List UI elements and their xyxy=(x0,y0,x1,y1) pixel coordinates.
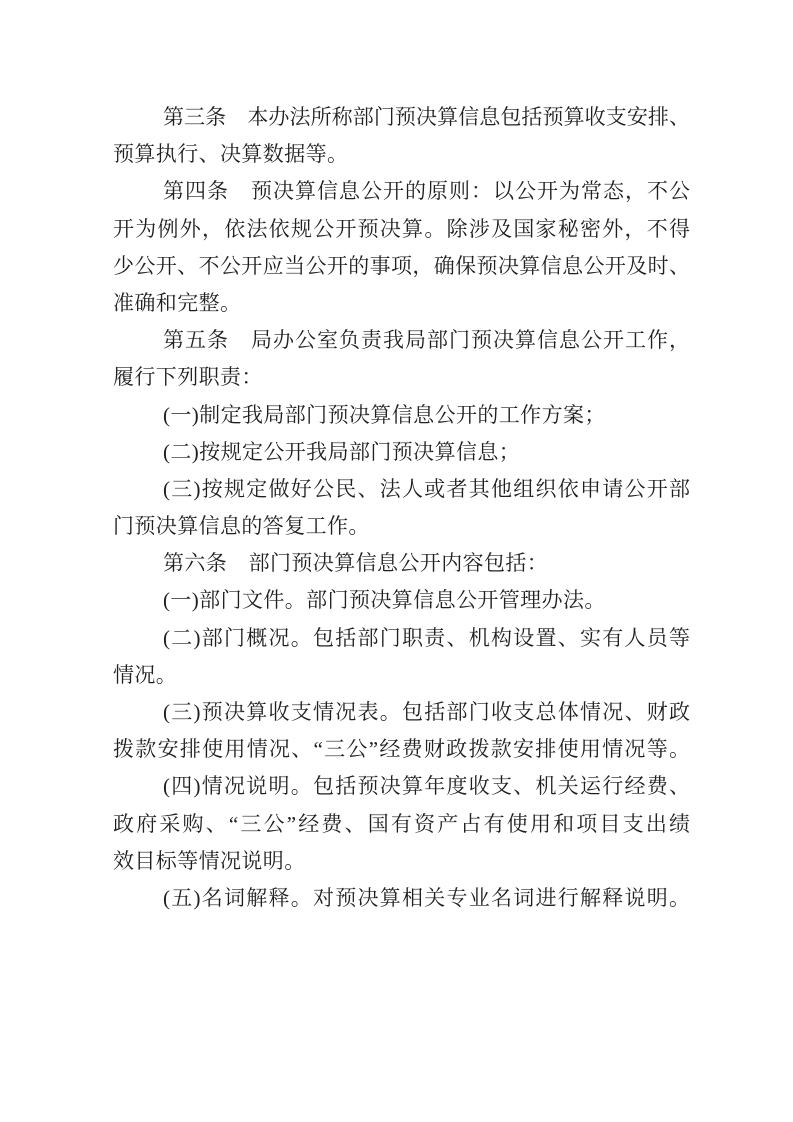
document-body: 第三条 本办法所称部门预决算信息包括预算收支安排、 预算执行、决算数据等。 第四… xyxy=(113,99,690,917)
document-page: 第三条 本办法所称部门预决算信息包括预算收支安排、 预算执行、决算数据等。 第四… xyxy=(0,0,793,1122)
text-line: 准确和完整。 xyxy=(113,285,690,322)
text-line: 第六条 部门预决算信息公开内容包括： xyxy=(113,545,690,582)
text-line: 政府采购、“三公”经费、国有资产占有使用和项目支出绩 xyxy=(113,806,690,843)
text-line: 效目标等情况说明。 xyxy=(113,843,690,880)
text-line: 第五条 局办公室负责我局部门预决算信息公开工作， xyxy=(113,322,690,359)
article-5-item-1-paragraph: (一)制定我局部门预决算信息公开的工作方案； xyxy=(113,397,690,434)
text-line: 开为例外，依法依规公开预决算。除涉及国家秘密外，不得 xyxy=(113,211,690,248)
text-line: 门预决算信息的答复工作。 xyxy=(113,508,690,545)
article-6-item-5-paragraph: (五)名词解释。对预决算相关专业名词进行解释说明。 xyxy=(113,880,690,917)
article-4-paragraph: 第四条 预决算信息公开的原则：以公开为常态，不公 开为例外，依法依规公开预决算。… xyxy=(113,173,690,322)
article-6-item-4-paragraph: (四)情况说明。包括预决算年度收支、机关运行经费、 政府采购、“三公”经费、国有… xyxy=(113,768,690,880)
text-line: 少公开、不公开应当公开的事项，确保预决算信息公开及时、 xyxy=(113,248,690,285)
text-line: (二)部门概况。包括部门职责、机构设置、实有人员等 xyxy=(113,620,690,657)
article-6-item-2-paragraph: (二)部门概况。包括部门职责、机构设置、实有人员等 情况。 xyxy=(113,620,690,694)
text-line: 拨款安排使用情况、“三公”经费财政拨款安排使用情况等。 xyxy=(113,731,690,768)
article-6-item-3-paragraph: (三)预决算收支情况表。包括部门收支总体情况、财政 拨款安排使用情况、“三公”经… xyxy=(113,694,690,768)
text-line: 第四条 预决算信息公开的原则：以公开为常态，不公 xyxy=(113,173,690,210)
text-line: 预算执行、决算数据等。 xyxy=(113,136,690,173)
article-5-paragraph: 第五条 局办公室负责我局部门预决算信息公开工作， 履行下列职责： xyxy=(113,322,690,396)
article-6-paragraph: 第六条 部门预决算信息公开内容包括： xyxy=(113,545,690,582)
text-line: (一)部门文件。部门预决算信息公开管理办法。 xyxy=(113,582,690,619)
text-line: (三)按规定做好公民、法人或者其他组织依申请公开部 xyxy=(113,471,690,508)
text-line: (四)情况说明。包括预决算年度收支、机关运行经费、 xyxy=(113,768,690,805)
article-5-item-3-paragraph: (三)按规定做好公民、法人或者其他组织依申请公开部 门预决算信息的答复工作。 xyxy=(113,471,690,545)
text-line: (一)制定我局部门预决算信息公开的工作方案； xyxy=(113,397,690,434)
text-line: 情况。 xyxy=(113,657,690,694)
text-line: 第三条 本办法所称部门预决算信息包括预算收支安排、 xyxy=(113,99,690,136)
text-line: (二)按规定公开我局部门预决算信息； xyxy=(113,434,690,471)
article-5-item-2-paragraph: (二)按规定公开我局部门预决算信息； xyxy=(113,434,690,471)
text-line: 履行下列职责： xyxy=(113,359,690,396)
text-line: (三)预决算收支情况表。包括部门收支总体情况、财政 xyxy=(113,694,690,731)
article-6-item-1-paragraph: (一)部门文件。部门预决算信息公开管理办法。 xyxy=(113,582,690,619)
text-line: (五)名词解释。对预决算相关专业名词进行解释说明。 xyxy=(113,880,690,917)
article-3-paragraph: 第三条 本办法所称部门预决算信息包括预算收支安排、 预算执行、决算数据等。 xyxy=(113,99,690,173)
